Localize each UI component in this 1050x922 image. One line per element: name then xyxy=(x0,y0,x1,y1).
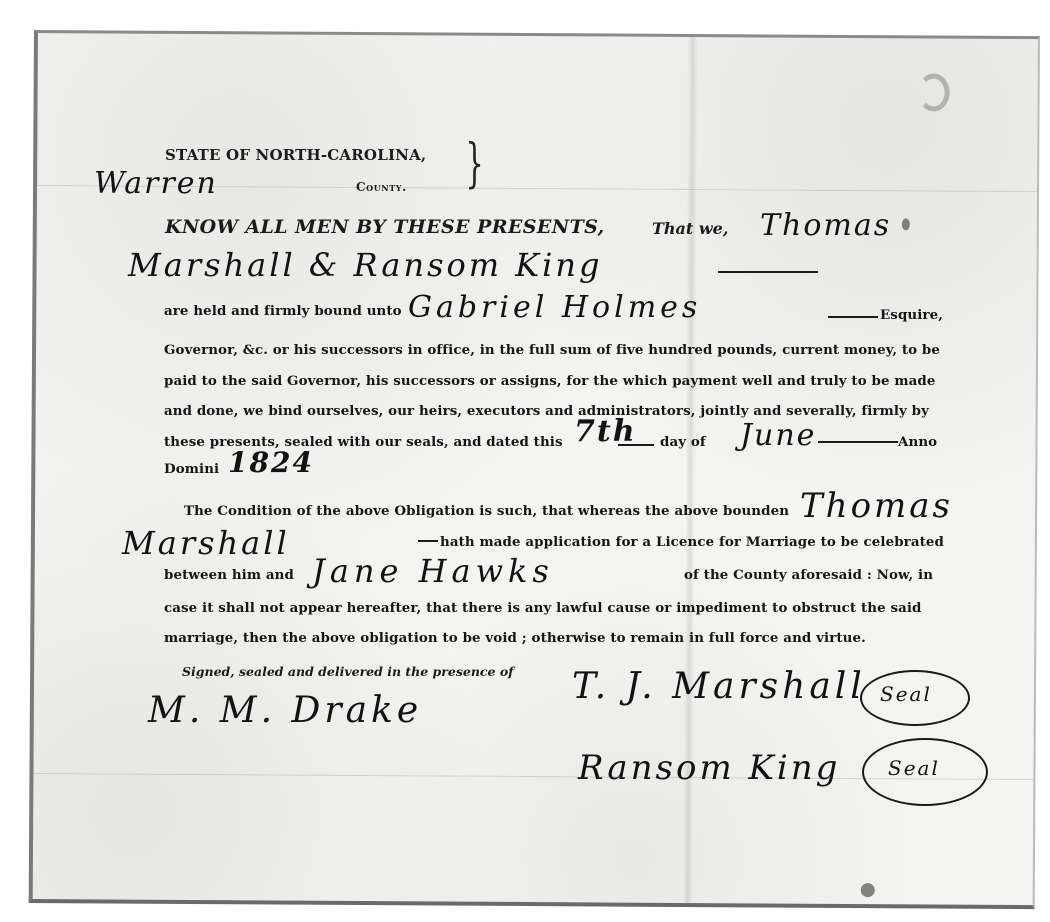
condition-line-3-prefix: between him and xyxy=(164,567,294,583)
signer-2-signature: Ransom King xyxy=(578,748,840,788)
signer-1-signature: T. J. Marshall xyxy=(572,666,866,707)
brace-glyph: } xyxy=(465,138,483,190)
county-label: County. xyxy=(356,180,407,194)
condition-line-3-suffix: of the County aforesaid : Now, in xyxy=(684,567,933,583)
bond-line-1-prefix: are held and firmly bound unto xyxy=(164,303,402,319)
ink-blot xyxy=(861,883,875,897)
preamble-lead: KNOW ALL MEN BY THESE PRESENTS, xyxy=(165,216,605,238)
governor-name-handwritten: Gabriel Holmes xyxy=(408,290,701,325)
month-handwritten: June xyxy=(740,418,816,453)
signed-caption: Signed, sealed and delivered in the pres… xyxy=(182,664,514,679)
groom-name-handwritten-2: Marshall xyxy=(122,524,290,562)
bond-line-5-prefix: these presents, sealed with our seals, a… xyxy=(164,434,563,450)
condition-line-1: The Condition of the above Obligation is… xyxy=(184,503,789,519)
bond-line-3: paid to the said Governor, his successor… xyxy=(164,373,935,389)
bride-name-handwritten: Jane Hawks xyxy=(312,552,554,590)
seal-1-label: Seal xyxy=(880,682,932,706)
blank-rule xyxy=(418,540,438,542)
year-handwritten: 1824 xyxy=(228,446,314,479)
groom-name-handwritten-1: Thomas xyxy=(800,486,953,526)
anno-label: Anno xyxy=(898,434,937,450)
blank-rule xyxy=(828,316,878,318)
condition-line-4: case it shall not appear hereafter, that… xyxy=(164,600,922,616)
blank-rule xyxy=(718,271,818,273)
principal-name-1: Thomas xyxy=(760,208,891,243)
ink-blot xyxy=(902,218,910,230)
condition-line-2: hath made application for a Licence for … xyxy=(440,534,944,550)
blank-rule xyxy=(818,441,898,443)
bond-line-4: and done, we bind ourselves, our heirs, … xyxy=(164,403,929,419)
day-of-label: day of xyxy=(660,434,706,450)
principal-name-2: Marshall & Ransom King xyxy=(128,246,603,284)
condition-line-5: marriage, then the above obligation to b… xyxy=(164,630,866,646)
esquire-label: Esquire, xyxy=(880,307,943,323)
preamble-that-we: That we, xyxy=(652,219,728,238)
seal-2-label: Seal xyxy=(888,756,940,780)
domini-label: Domini xyxy=(164,461,219,477)
witness-signature: M. M. Drake xyxy=(148,690,422,731)
state-heading: STATE OF NORTH-CAROLINA, xyxy=(165,146,426,164)
blank-rule xyxy=(618,444,654,446)
stain-mark xyxy=(918,73,950,111)
county-handwritten: Warren xyxy=(94,166,218,201)
bond-line-1: are held and firmly bound unto xyxy=(164,303,402,319)
bond-line-2: Governor, &c. or his successors in offic… xyxy=(164,342,940,358)
